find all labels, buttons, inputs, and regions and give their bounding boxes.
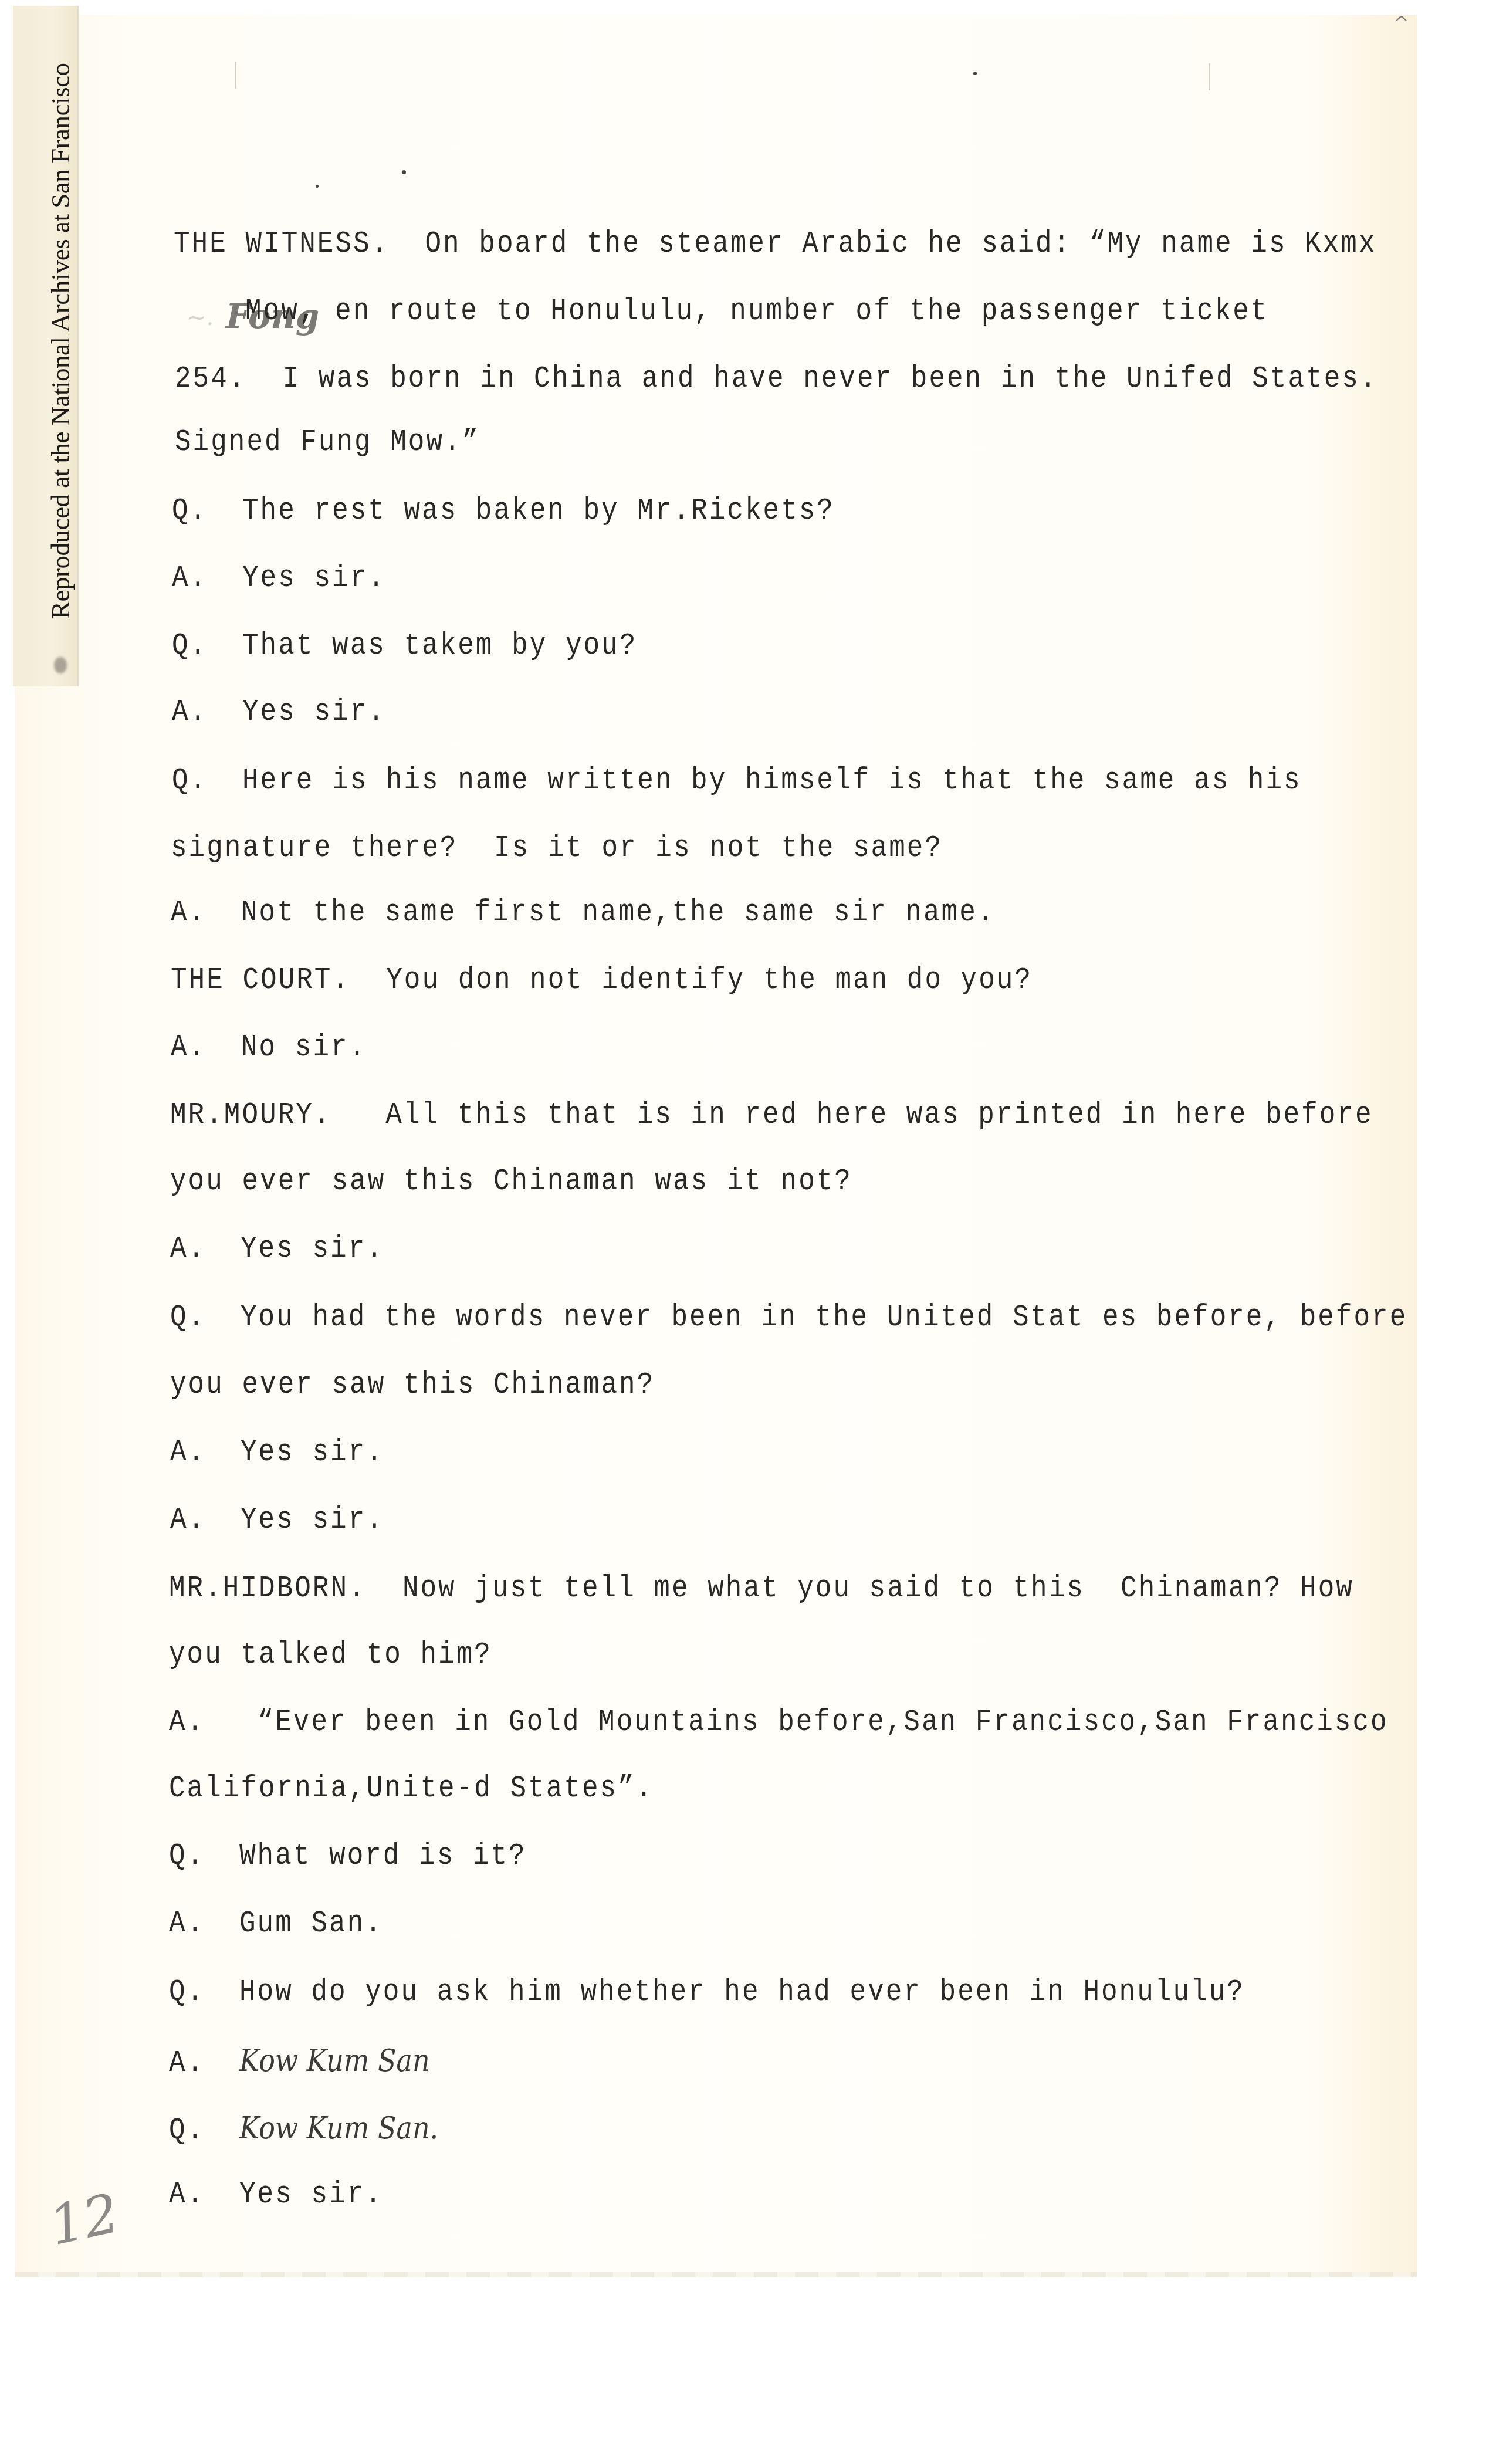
answer-label: A. — [171, 896, 241, 930]
ink-speck-icon — [316, 185, 319, 188]
paper-edge — [15, 2272, 1417, 2277]
transcript-line: A.Yes sir. — [170, 1232, 384, 1266]
answer-label: A. — [169, 1907, 239, 1941]
line-text: signature there? Is it or is not the sam… — [171, 831, 943, 865]
line-text: You had the words never been in the Unit… — [241, 1301, 1407, 1335]
transcript-line: A. “Ever been in Gold Mountains before,S… — [169, 1705, 1389, 1739]
transcript-line: A.Not the same first name,the same sir n… — [171, 896, 995, 930]
transcript-line: Q.How do you ask him whether he had ever… — [169, 1975, 1245, 2009]
transcript-line: A.No sir. — [171, 1031, 367, 1065]
line-text: On board the steamer Arabic he said: “My… — [425, 227, 1376, 261]
line-text: Yes sir. — [241, 1503, 384, 1537]
line-text: 254. I was born in China and have never … — [175, 362, 1378, 396]
transcript-line: you ever saw this Chinaman was it not? — [170, 1165, 852, 1199]
line-text: Signed Fung Mow.” — [175, 425, 480, 459]
transcript-line: Mow, en route to Honululu, number of the… — [245, 295, 1268, 329]
transcript-line: A.Gum San. — [169, 1907, 383, 1941]
transcript-line: THE WITNESS. On board the steamer Arabic… — [174, 227, 1377, 261]
line-text: That was takem by you? — [242, 629, 637, 663]
question-label: Q. — [169, 1839, 239, 1873]
answer-label: A. — [172, 695, 242, 729]
line-text: you talked to him? — [169, 1638, 492, 1672]
transcript-line: A.Yes sir. — [170, 1503, 384, 1537]
transcript-line: Q.What word is it? — [169, 1839, 527, 1873]
handwritten-answer-text: Kow Kum San. — [239, 2110, 438, 2145]
margin-pencil-mark-icon — [1209, 63, 1210, 90]
line-text: Mow, en route to Honululu, number of the… — [245, 295, 1268, 329]
handwritten-scribble: ~. — [187, 304, 214, 331]
question-label: Q. — [169, 1975, 239, 2009]
line-text: The rest was baken by Mr.Rickets? — [242, 494, 835, 528]
line-text: Yes sir. — [242, 695, 386, 729]
line-text: Yes sir. — [242, 561, 386, 595]
corner-pencil-mark-icon: ^ — [1394, 13, 1409, 33]
transcript-line: Q.You had the words never been in the Un… — [170, 1301, 1407, 1335]
spacer — [367, 1572, 402, 1606]
line-text: Yes sir. — [241, 1232, 384, 1266]
ink-speck-icon — [973, 72, 977, 75]
question-label: Q. — [172, 494, 242, 528]
speaker-label: THE WITNESS. — [174, 227, 389, 261]
spacer — [389, 227, 425, 261]
transcript-line: you talked to him? — [169, 1638, 492, 1672]
question-label: Q. — [169, 2113, 239, 2147]
transcript-line: Q.The rest was baken by Mr.Rickets? — [172, 494, 835, 528]
question-label: Q. — [172, 764, 242, 798]
question-label: Q. — [170, 1301, 241, 1335]
answer-label: A. — [170, 1436, 241, 1470]
line-text: What word is it? — [239, 1839, 527, 1873]
transcript-line: Q.That was takem by you? — [172, 629, 637, 663]
answer-label: A. — [170, 1503, 241, 1537]
transcript-line: THE COURT. You don not identify the man … — [171, 963, 1033, 997]
line-text: Here is his name written by himself is t… — [242, 764, 1302, 798]
transcript-line: Signed Fung Mow.” — [175, 425, 480, 459]
transcript-line: you ever saw this Chinaman? — [170, 1368, 655, 1402]
transcript-line: A.Yes sir. — [172, 561, 386, 595]
line-text: How do you ask him whether he had ever b… — [239, 1975, 1245, 2009]
answer-label: A. — [171, 1031, 241, 1065]
line-text: “Ever been in Gold Mountains before,San … — [239, 1705, 1389, 1739]
line-text: Now just tell me what you said to this C… — [402, 1572, 1354, 1606]
speaker-label: MR.HIDBORN. — [169, 1572, 367, 1606]
transcript-line: California,Unite-d States”. — [169, 1772, 654, 1806]
line-text: You don not identify the man do you? — [386, 963, 1033, 997]
transcript-line: 254. I was born in China and have never … — [175, 362, 1378, 396]
transcript-line: MR.HIDBORN. Now just tell me what you sa… — [169, 1572, 1354, 1606]
speaker-label: THE COURT. — [171, 963, 350, 997]
line-text: California,Unite-d States”. — [169, 1772, 654, 1806]
transcript-line: A.Yes sir. — [169, 2178, 383, 2212]
transcript-line: A.Yes sir. — [170, 1436, 384, 1470]
transcript-line: signature there? Is it or is not the sam… — [171, 831, 943, 865]
transcript-line: A.Kow Kum San — [169, 2043, 430, 2080]
answer-label: A. — [169, 2178, 239, 2212]
line-text: you ever saw this Chinaman? — [170, 1368, 655, 1402]
staple-mark-icon — [54, 657, 67, 673]
transcript-line: Q.Kow Kum San. — [169, 2110, 438, 2148]
archive-stamp: Reproduced at the National Archives at S… — [45, 63, 76, 619]
spacer — [350, 963, 386, 997]
transcript-line: Q.Here is his name written by himself is… — [172, 764, 1302, 798]
question-label: Q. — [172, 629, 242, 663]
answer-label: A. — [170, 1232, 241, 1266]
line-text: you ever saw this Chinaman was it not? — [170, 1165, 852, 1199]
line-text: No sir. — [241, 1031, 367, 1065]
transcript-line: A.Yes sir. — [172, 695, 386, 729]
ink-speck-icon — [402, 170, 406, 174]
handwritten-answer-text: Kow Kum San — [239, 2043, 430, 2078]
line-text: Gum San. — [239, 1907, 383, 1941]
speaker-label: MR.MOURY. — [170, 1098, 331, 1132]
transcript-line: MR.MOURY. All this that is in red here w… — [170, 1098, 1373, 1132]
answer-label: A. — [169, 1705, 239, 1739]
margin-pencil-mark-icon — [235, 62, 236, 89]
line-text: All this that is in red here was printed… — [368, 1098, 1373, 1132]
answer-label: A. — [172, 561, 242, 595]
line-text: Not the same first name,the same sir nam… — [241, 896, 995, 930]
line-text: Yes sir. — [239, 2178, 383, 2212]
line-text: Yes sir. — [241, 1436, 384, 1470]
answer-label: A. — [169, 2046, 239, 2080]
spacer — [331, 1098, 367, 1132]
